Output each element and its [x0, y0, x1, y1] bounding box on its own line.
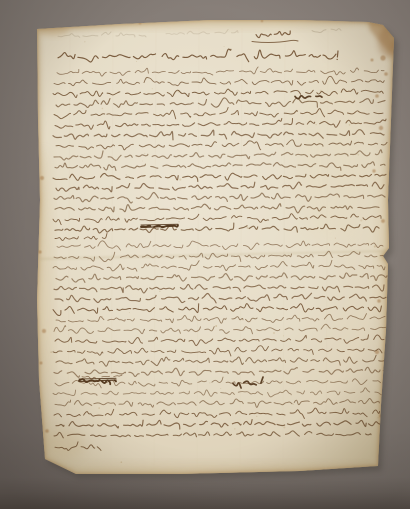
photo-vignette [0, 0, 410, 509]
auction-photo [0, 0, 410, 509]
manuscript-photo-svg [0, 0, 410, 509]
